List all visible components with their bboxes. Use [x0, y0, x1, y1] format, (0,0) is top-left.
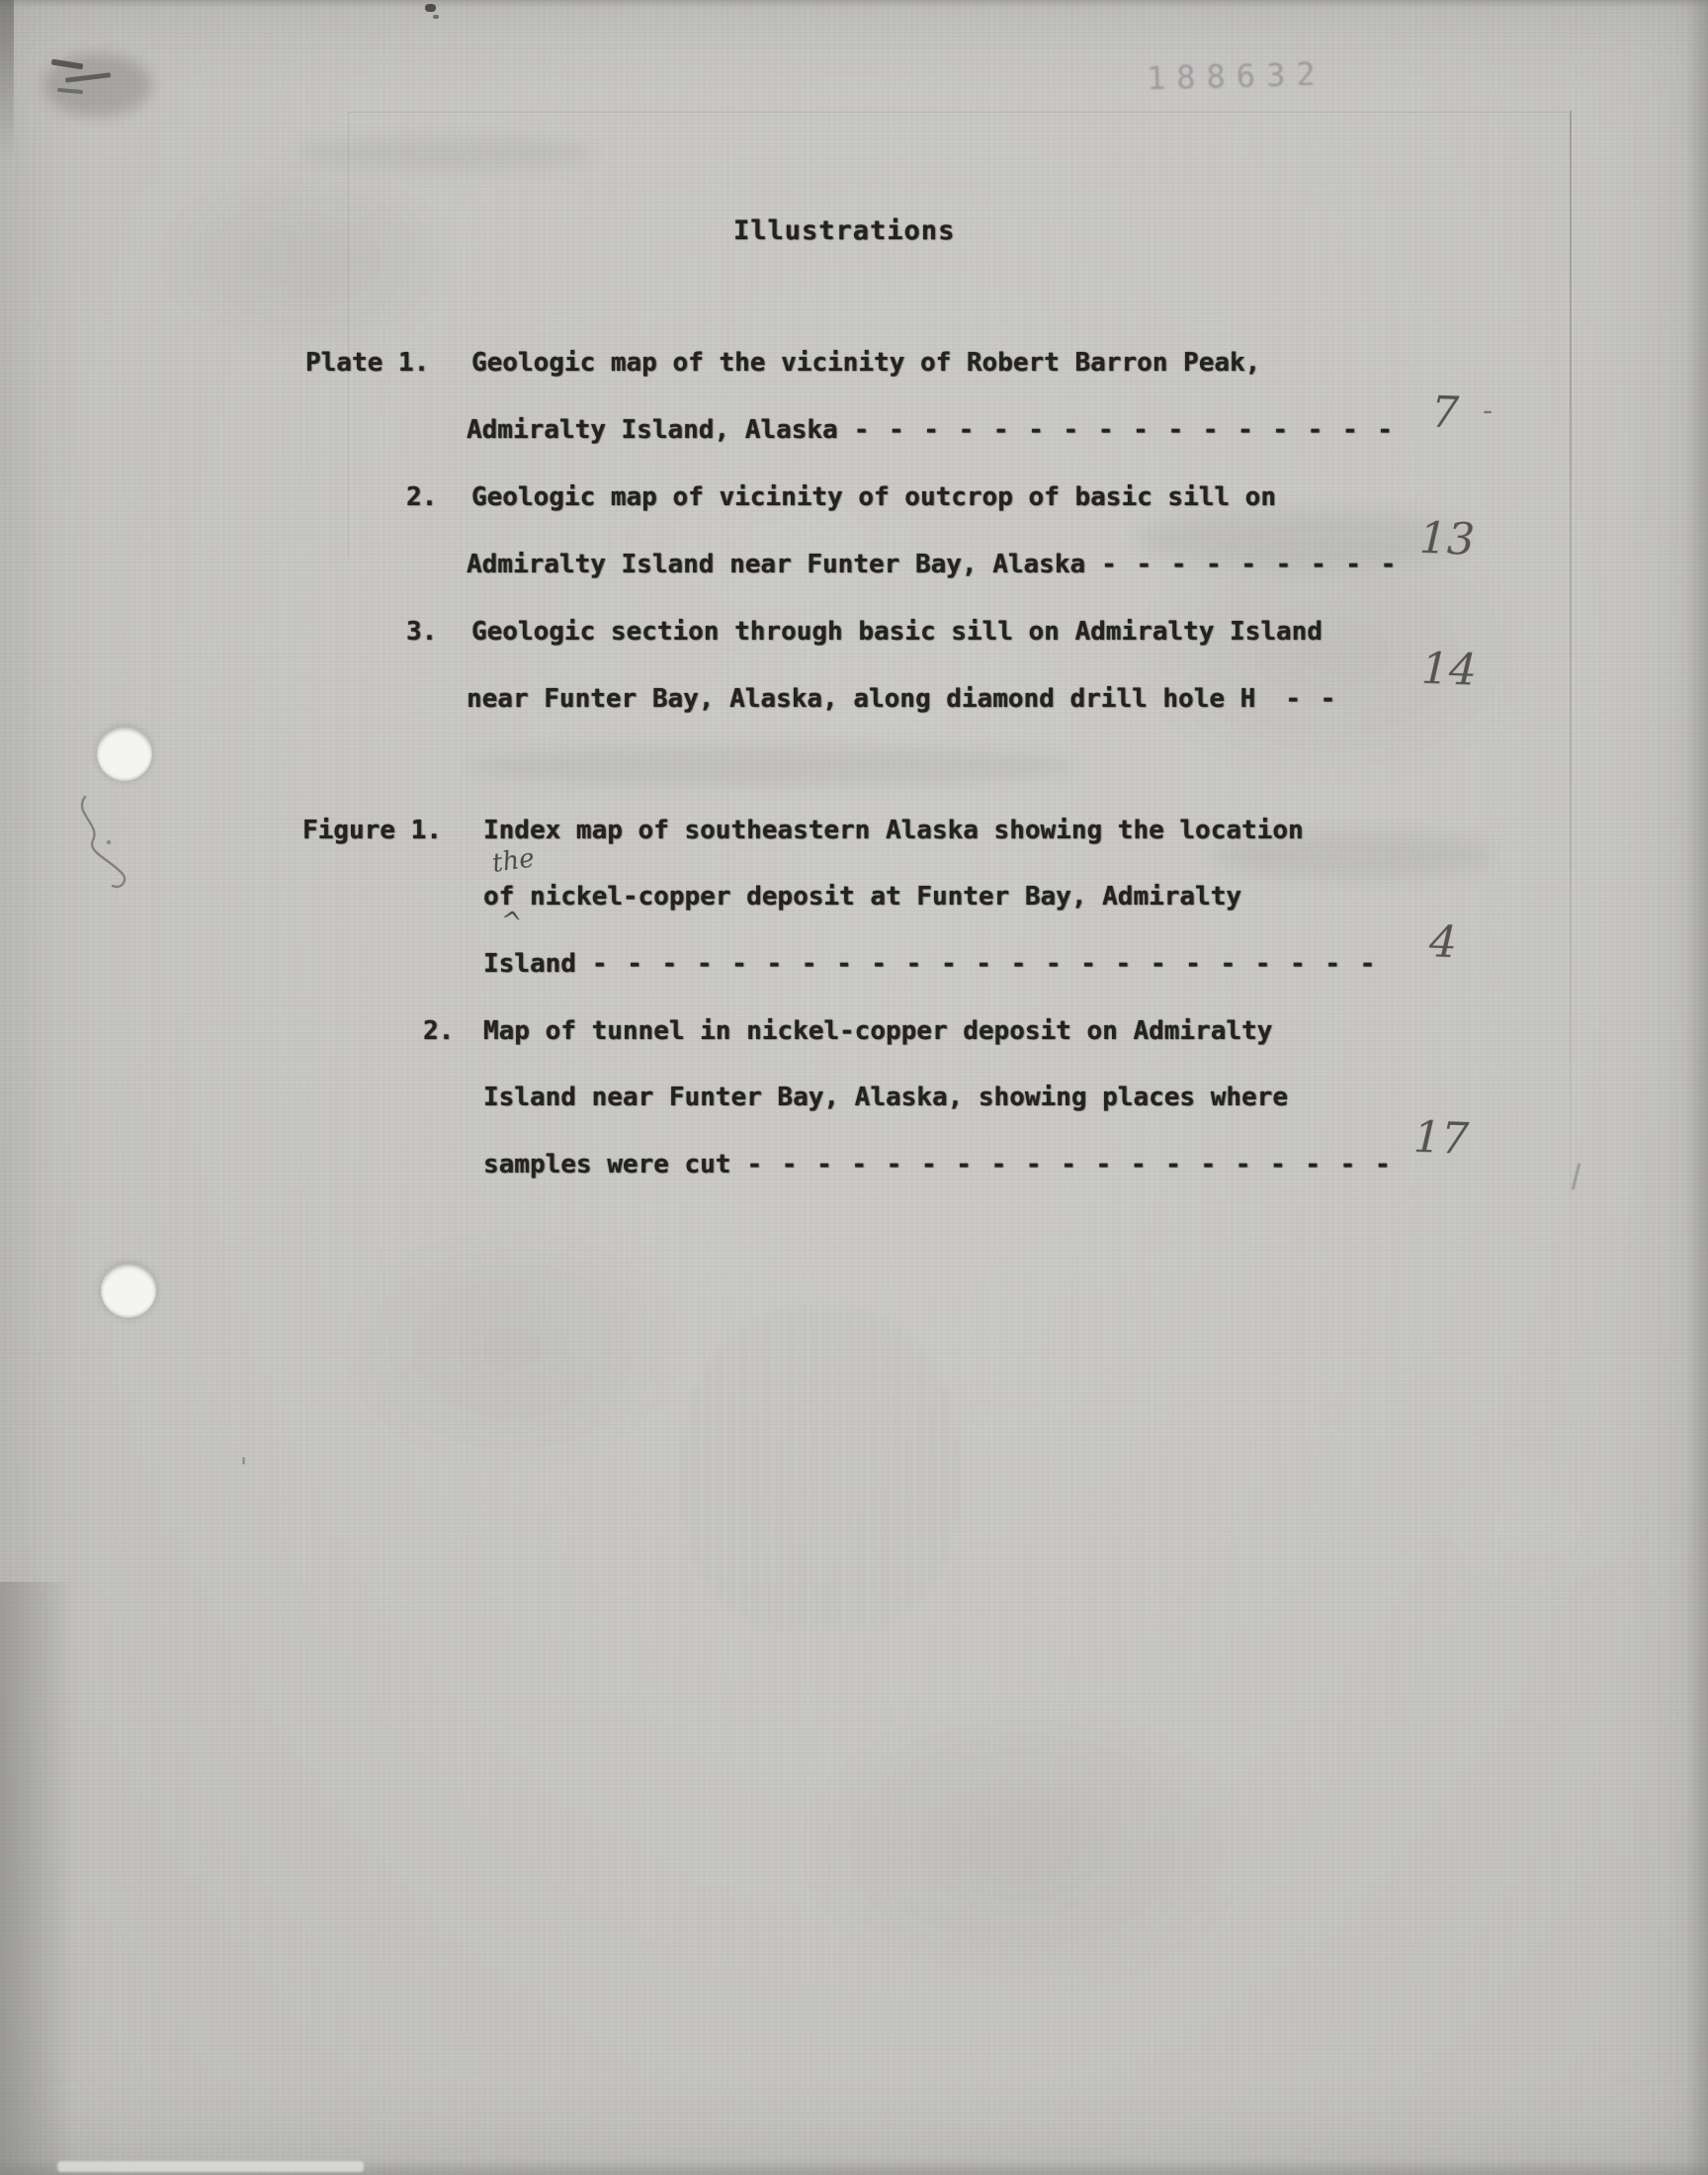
ink-speck	[425, 4, 436, 12]
figure-1-label: Figure 1.	[302, 816, 442, 845]
figure-1-page-number: 4	[1428, 917, 1458, 969]
scan-corner-bottom-left-shadow	[0, 1582, 99, 2175]
bleedthrough-smudge	[297, 136, 593, 170]
ink-speck	[433, 15, 439, 19]
plate-2-label: 2.	[406, 482, 437, 512]
underlying-page-fold-line	[1570, 111, 1572, 1198]
figure-2-leader-dashes: - - - - - - - - - - - - - - - - - - -	[746, 1150, 1392, 1179]
figure-2-page-number: 17	[1412, 1112, 1470, 1165]
scan-edge-left	[0, 0, 14, 158]
bleedthrough-line-top	[348, 112, 1570, 113]
plate-1-page-number-mark: -	[1483, 393, 1493, 428]
figure-1-line2: of nickel-copper deposit at Funter Bay, …	[483, 882, 1241, 912]
plate-3-leader-dashes: - -	[1285, 684, 1337, 714]
plate-1-leader-dashes: - - - - - - - - - - - - - - - -	[854, 415, 1395, 445]
figure-1-line1: Index map of southeastern Alaska showing…	[483, 816, 1304, 845]
plate-1-label: Plate 1.	[305, 348, 429, 378]
figure-2-line1: Map of tunnel in nickel-copper deposit o…	[483, 1016, 1272, 1046]
plate-3-line2-text: near Funter Bay, Alaska, along diamond d…	[467, 684, 1255, 714]
figure-1-leader-dashes: - - - - - - - - - - - - - - - - - - - - …	[592, 949, 1377, 979]
plate-1-line1: Geologic map of the vicinity of Robert B…	[471, 348, 1260, 378]
scan-bottom-sliver	[57, 2161, 364, 2172]
figure-1-line3: Island- - - - - - - - - - - - - - - - - …	[483, 949, 1377, 979]
faint-stamp-number: 188632	[1147, 55, 1327, 98]
plate-2-line2-text: Admiralty Island near Funter Bay, Alaska	[467, 550, 1085, 579]
scan-edge-top	[0, 0, 1708, 8]
plate-3-page-number: 14	[1420, 644, 1478, 696]
plate-3-label: 3.	[406, 617, 437, 647]
figure-2-line3: samples were cut- - - - - - - - - - - - …	[483, 1150, 1393, 1179]
figure-2-line2: Island near Funter Bay, Alaska, showing …	[483, 1083, 1288, 1112]
scan-edge-right	[1686, 0, 1708, 2175]
hole-punch-bottom	[101, 1262, 156, 1318]
figure-1-line3-text: Island	[483, 949, 576, 979]
figure-2-line3-text: samples were cut	[483, 1150, 730, 1179]
plate-2-line2: Admiralty Island near Funter Bay, Alaska…	[467, 550, 1398, 579]
stray-pencil-mark: '	[240, 1453, 247, 1483]
plate-2-page-number: 13	[1418, 513, 1476, 565]
pencil-squiggle-mark	[71, 791, 150, 900]
plate-2-leader-dashes: - - - - - - - - -	[1101, 550, 1398, 579]
hole-punch-top	[97, 726, 152, 781]
plate-3-line2: near Funter Bay, Alaska, along diamond d…	[467, 684, 1337, 714]
plate-1-page-number: 7	[1430, 388, 1460, 439]
figure-2-label: 2.	[423, 1016, 454, 1046]
page-edge-mark	[1572, 1163, 1581, 1190]
plate-2-line1: Geologic map of vicinity of outcrop of b…	[471, 482, 1276, 512]
figure-1-insertion-caret: ^	[498, 906, 525, 938]
plate-1-line2: Admiralty Island, Alaska- - - - - - - - …	[467, 415, 1395, 445]
bleedthrough-seal-watermark	[682, 1305, 959, 1631]
plate-1-line2-text: Admiralty Island, Alaska	[467, 415, 838, 445]
figure-1-handwritten-insertion: the	[490, 843, 536, 879]
scanned-document-page: 188632 ' Illustrations Plate 1. Geologic…	[0, 0, 1708, 2175]
page-title: Illustrations	[733, 216, 955, 246]
bleedthrough-smudge	[465, 746, 1077, 786]
bleedthrough-line-left	[348, 112, 349, 557]
plate-3-line1: Geologic section through basic sill on A…	[471, 617, 1323, 647]
